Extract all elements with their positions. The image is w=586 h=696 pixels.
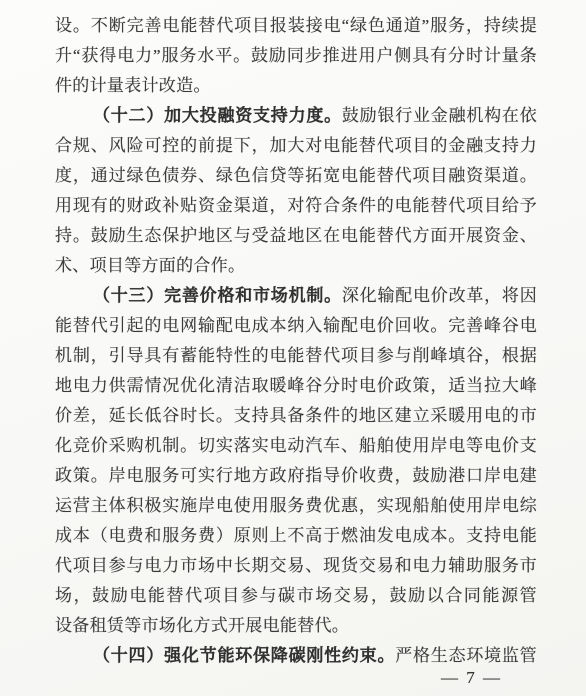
text-line: 机制，引导具有蓄能特性的电能替代项目参与削峰填谷，根据本 xyxy=(55,341,537,371)
text-line: （十二）加大投融资支持力度。鼓励银行业金融机构在依法 xyxy=(55,101,537,131)
line-text: 设。不断完善电能替代项目报装接电“绿色通道”服务，持续提 xyxy=(55,16,537,35)
line-text: 价差，延长低谷时长。支持具备条件的地区建立采暖用电的市场 xyxy=(55,406,537,431)
line-text: 设备租赁等市场化方式开展电能替代。 xyxy=(55,616,349,635)
line-text: 持。鼓励生态保护地区与受益地区在电能替代方面开展资金、技 xyxy=(55,226,537,251)
text-line: 价差，延长低谷时长。支持具备条件的地区建立采暖用电的市场 xyxy=(55,401,537,431)
text-line: 度，通过绿色债券、绿色信贷等拓宽电能替代项目融资渠道。利 xyxy=(55,161,537,191)
line-text: 成本（电费和服务费）原则上不高于燃油发电成本。支持电能替 xyxy=(55,526,537,551)
line-text: 代项目参与电力市场中长期交易、现货交易和电力辅助服务市 xyxy=(55,556,537,575)
line-text: 政策。岸电服务可实行地方政府指导价收费，鼓励港口岸电建设 xyxy=(55,466,537,491)
text-line: 政策。岸电服务可实行地方政府指导价收费，鼓励港口岸电建设 xyxy=(55,461,537,491)
document-page: 设。不断完善电能替代项目报装接电“绿色通道”服务，持续提升“获得电力”服务水平。… xyxy=(0,0,586,696)
text-line: 合规、风险可控的前提下，加大对电能替代项目的金融支持力 xyxy=(55,131,537,161)
line-text: 运营主体积极实施岸电使用服务费优惠，实现船舶使用岸电综合 xyxy=(55,496,537,521)
text-line: 地电力供需情况优化清洁取暖峰谷分时电价政策，适当拉大峰谷 xyxy=(55,371,537,401)
text-line: 术、项目等方面的合作。 xyxy=(55,251,537,281)
line-text: 度，通过绿色债券、绿色信贷等拓宽电能替代项目融资渠道。利 xyxy=(55,166,537,191)
text-line: 化竞价采购机制。切实落实电动汽车、船舶使用岸电等电价支持 xyxy=(55,431,537,461)
text-line: 设。不断完善电能替代项目报装接电“绿色通道”服务，持续提 xyxy=(55,11,537,41)
text-line: 用现有的财政补贴资金渠道，对符合条件的电能替代项目给予支 xyxy=(55,191,537,221)
section-heading: （十四）强化节能环保降碳刚性约束。 xyxy=(93,646,395,665)
line-text: 化竞价采购机制。切实落实电动汽车、船舶使用岸电等电价支持 xyxy=(55,436,537,461)
line-text: 机制，引导具有蓄能特性的电能替代项目参与削峰填谷，根据本 xyxy=(55,346,537,371)
document-text-block: 设。不断完善电能替代项目报装接电“绿色通道”服务，持续提升“获得电力”服务水平。… xyxy=(55,11,537,671)
line-text: 地电力供需情况优化清洁取暖峰谷分时电价政策，适当拉大峰谷 xyxy=(55,376,537,401)
text-line: 运营主体积极实施岸电使用服务费优惠，实现船舶使用岸电综合 xyxy=(55,491,537,521)
page-number: — 7 — xyxy=(441,666,502,690)
section-heading: （十二）加大投融资支持力度。 xyxy=(93,106,342,125)
line-text: 能替代引起的电网输配电成本纳入输配电价回收。完善峰谷电价 xyxy=(55,316,537,341)
text-line: 场，鼓励电能替代项目参与碳市场交易，鼓励以合同能源管理、 xyxy=(55,581,537,611)
line-text: 合规、风险可控的前提下，加大对电能替代项目的金融支持力 xyxy=(55,136,537,155)
text-line: 设备租赁等市场化方式开展电能替代。 xyxy=(55,611,537,641)
line-text: 用现有的财政补贴资金渠道，对符合条件的电能替代项目给予支 xyxy=(55,196,537,221)
text-line: 能替代引起的电网输配电成本纳入输配电价回收。完善峰谷电价 xyxy=(55,311,537,341)
line-text: 件的计量表计改造。 xyxy=(55,76,211,95)
line-text: 术、项目等方面的合作。 xyxy=(55,256,245,275)
text-line: 持。鼓励生态保护地区与受益地区在电能替代方面开展资金、技 xyxy=(55,221,537,251)
text-line: 成本（电费和服务费）原则上不高于燃油发电成本。支持电能替 xyxy=(55,521,537,551)
section-heading: （十三）完善价格和市场机制。 xyxy=(93,286,342,305)
text-line: 代项目参与电力市场中长期交易、现货交易和电力辅助服务市 xyxy=(55,551,537,581)
line-text: 升“获得电力”服务水平。鼓励同步推进用户侧具有分时计量条 xyxy=(55,46,537,65)
text-line: 件的计量表计改造。 xyxy=(55,71,537,101)
text-line: 升“获得电力”服务水平。鼓励同步推进用户侧具有分时计量条 xyxy=(55,41,537,71)
line-text: 场，鼓励电能替代项目参与碳市场交易，鼓励以合同能源管理、 xyxy=(55,586,537,611)
text-line: （十三）完善价格和市场机制。深化输配电价改革，将因电 xyxy=(55,281,537,311)
